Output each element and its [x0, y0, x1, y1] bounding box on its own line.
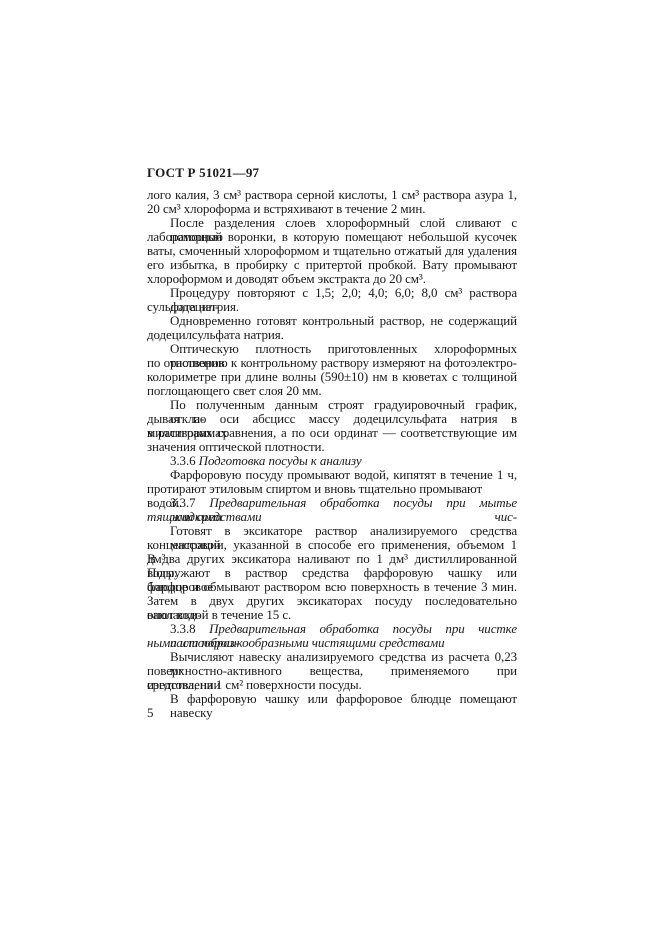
text-line: поверхностно-активного вещества, применя… — [147, 664, 517, 678]
text-line: додецилсульфата натрия. — [147, 328, 517, 342]
text-line: дывая по оси абсцисс массу додецилсульфа… — [147, 412, 517, 426]
text-line: По полученным данным строят градуировочн… — [147, 398, 517, 412]
line-text: колориметре при длине волны (590±10) нм … — [147, 369, 517, 384]
line-text: в растворах сравнения, а по оси ординат … — [147, 425, 517, 440]
line-text: додецилсульфата натрия. — [147, 327, 284, 342]
text-block: ГОСТ Р 51021—97 лого калия, 3 см³ раство… — [147, 166, 517, 720]
text-line: в растворах сравнения, а по оси ординат … — [147, 426, 517, 440]
text-line: Затем в двух других эксикаторах посуду п… — [147, 594, 517, 608]
section-heading-line: 3.3.8 Предварительная обработка посуды п… — [147, 622, 517, 636]
text-line: лого калия, 3 см³ раствора серной кислот… — [147, 188, 517, 202]
line-text: лого калия, 3 см³ раствора серной кислот… — [147, 187, 517, 202]
text-line: значения оптической плотности. — [147, 440, 517, 454]
text-line: 20 см³ хлороформа и встряхивают в течени… — [147, 202, 517, 216]
line-text: 3.3.8 — [170, 621, 209, 636]
text-line: ваты, смоченный хлороформом и тщательно … — [147, 244, 517, 258]
line-text: по отношению к контрольному раствору изм… — [147, 355, 517, 370]
line-text: Одновременно готовят контрольный раствор… — [170, 313, 517, 328]
text-line: по отношению к контрольному раствору изм… — [147, 356, 517, 370]
section-heading-line: 3.3.6 Подготовка посуды к анализу — [147, 454, 517, 468]
heading-italic-text: Подготовка посуды к анализу — [199, 453, 362, 468]
line-text: его избытка, в пробирку с притертой проб… — [147, 257, 517, 272]
line-text: Фарфоровую посуду промывают водой, кипят… — [170, 467, 517, 482]
text-line: Готовят в эксикаторе раствор анализируем… — [147, 524, 517, 538]
line-text: 3.3.7 — [170, 495, 209, 510]
line-text: 20 см³ хлороформа и встряхивают в течени… — [147, 201, 425, 216]
running-header: ГОСТ Р 51021—97 — [147, 166, 517, 180]
line-text: лабораторной воронки, в которую помещают… — [147, 229, 517, 244]
text-line: блюдце и обмывают раствором всю поверхно… — [147, 580, 517, 594]
text-line: Процедуру повторяют с 1,5; 2,0; 4,0; 6,0… — [147, 286, 517, 300]
line-text: блюдце и обмывают раствором всю поверхно… — [147, 579, 517, 594]
text-line: его избытка, в пробирку с притертой проб… — [147, 258, 517, 272]
text-line: поглощающего свет слоя 20 мм. — [147, 384, 517, 398]
line-text: хлороформом и доводят объем экстракта до… — [147, 271, 426, 286]
text-line: сульфата натрия. — [147, 300, 517, 314]
line-text: вают водой в течение 15 с. — [147, 607, 291, 622]
section-heading-line: 3.3.7 Предварительная обработка посуды п… — [147, 496, 517, 510]
section-heading-line: ными или порошкообразными чистящими сред… — [147, 636, 517, 650]
heading-italic-text: ными или порошкообразными чистящими сред… — [147, 635, 444, 650]
text-line: лабораторной воронки, в которую помещают… — [147, 230, 517, 244]
text-line: концентрации, указанной в способе его пр… — [147, 538, 517, 552]
text-line: колориметре при длине волны (590±10) нм … — [147, 370, 517, 384]
text-line: Вычисляют навеску анализируемого средств… — [147, 650, 517, 664]
line-text: сульфата натрия. — [147, 299, 239, 314]
text-line: Погружают в раствор средства фарфоровую … — [147, 566, 517, 580]
heading-italic-text: тящими средствами — [147, 509, 262, 524]
document-page: ГОСТ Р 51021—97 лого калия, 3 см³ раство… — [0, 0, 661, 936]
text-line: Оптическую плотность приготовленных хлор… — [147, 342, 517, 356]
line-text: поглощающего свет слоя 20 мм. — [147, 383, 321, 398]
line-text: значения оптической плотности. — [147, 439, 325, 454]
text-line: В два других эксикатора наливают по 1 дм… — [147, 552, 517, 566]
document-lines: лого калия, 3 см³ раствора серной кислот… — [147, 188, 517, 706]
text-line: средства, на 1 см² поверхности посуды. — [147, 678, 517, 692]
line-text: 3.3.6 — [170, 453, 199, 468]
text-line: Одновременно готовят контрольный раствор… — [147, 314, 517, 328]
text-line: После разделения слоев хлороформный слой… — [147, 216, 517, 230]
text-line: Фарфоровую посуду промывают водой, кипят… — [147, 468, 517, 482]
text-line: вают водой в течение 15 с. — [147, 608, 517, 622]
line-text: средства, на 1 см² поверхности посуды. — [147, 677, 362, 692]
text-line: протирают этиловым спиртом и вновь тщате… — [147, 482, 517, 496]
text-line: В фарфоровую чашку или фарфоровое блюдце… — [147, 692, 517, 706]
line-text: ваты, смоченный хлороформом и тщательно … — [147, 243, 517, 258]
text-line: хлороформом и доводят объем экстракта до… — [147, 272, 517, 286]
